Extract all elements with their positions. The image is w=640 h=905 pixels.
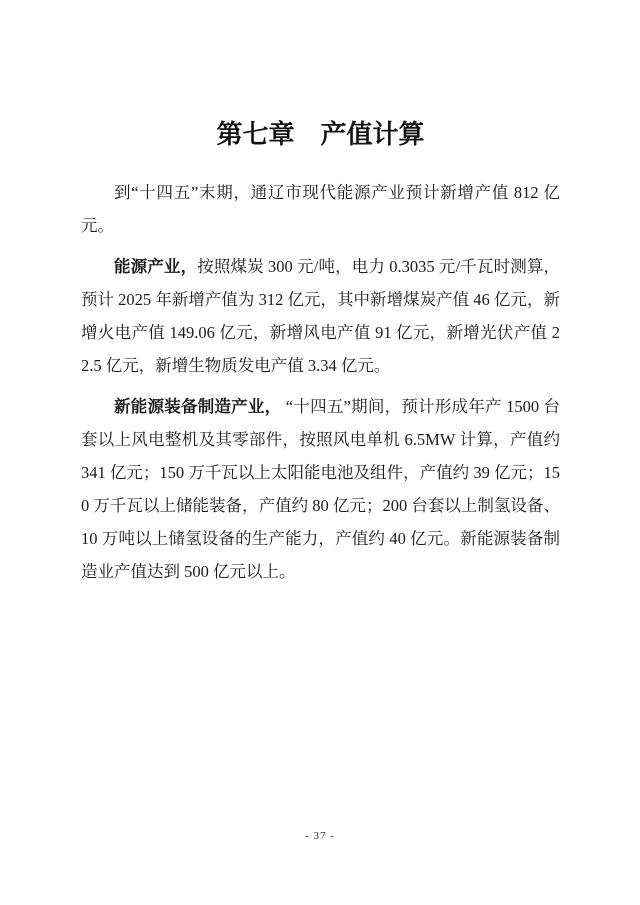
page-content: 第七章 产值计算 到“十四五”末期，通辽市现代能源产业预计新增产值 812 亿元… xyxy=(0,0,640,588)
paragraph-lead: 新能源装备制造产业， xyxy=(114,397,281,416)
page-number: - 37 - xyxy=(0,830,640,843)
chapter-title: 第七章 产值计算 xyxy=(81,118,560,151)
paragraph-text: “十四五”期间，预计形成年产 1500 台套以上风电整机及其零部件，按照风电单机… xyxy=(81,397,560,581)
paragraph-equipment-manufacturing: 新能源装备制造产业， “十四五”期间，预计形成年产 1500 台套以上风电整机及… xyxy=(81,390,560,588)
paragraph-intro: 到“十四五”末期，通辽市现代能源产业预计新增产值 812 亿元。 xyxy=(81,176,560,242)
paragraph-text: 到“十四五”末期，通辽市现代能源产业预计新增产值 812 亿元。 xyxy=(81,183,560,235)
paragraph-energy-industry: 能源产业，按照煤炭 300 元/吨，电力 0.3035 元/千瓦时测算，预计 2… xyxy=(81,250,560,382)
document-page: 第七章 产值计算 到“十四五”末期，通辽市现代能源产业预计新增产值 812 亿元… xyxy=(0,0,640,905)
paragraph-lead: 能源产业， xyxy=(114,257,197,276)
